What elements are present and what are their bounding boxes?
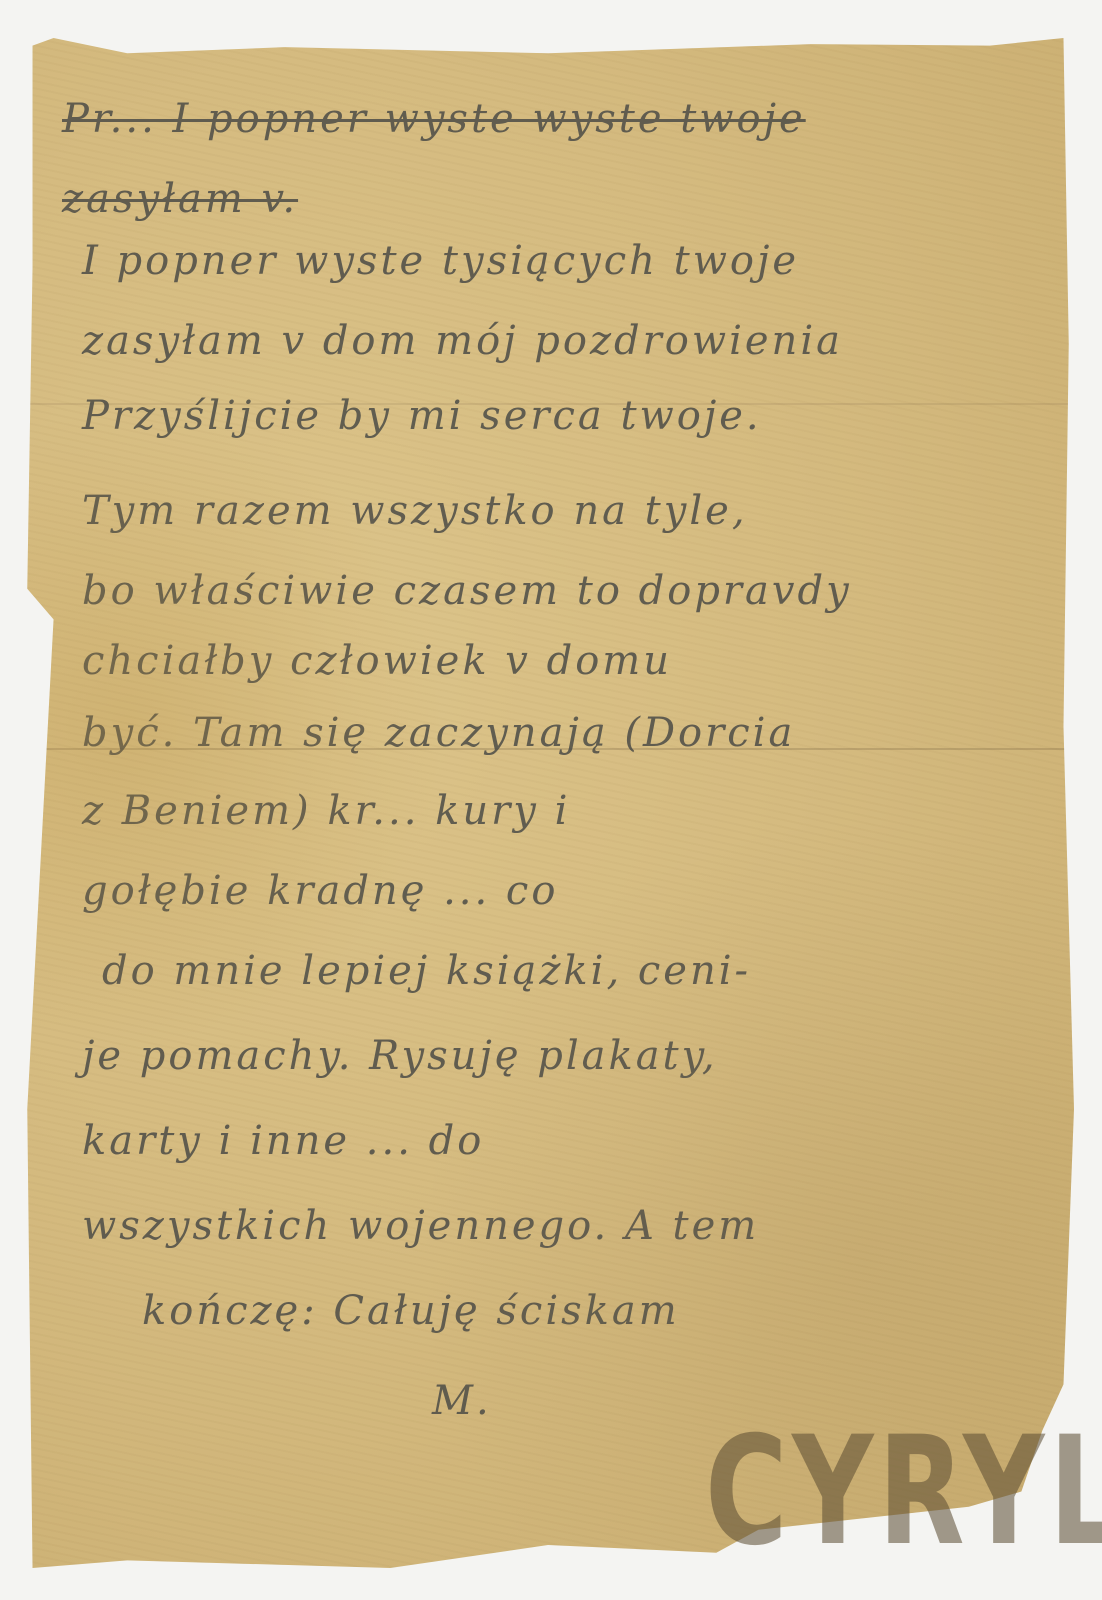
letter-line: je pomachy. Rysuję plakaty, bbox=[82, 1033, 718, 1079]
signature: M. bbox=[432, 1378, 492, 1424]
letter-line: Tym razem wszystko na tyle, bbox=[82, 488, 748, 534]
letter-line-struck: Pr... I popner wyste wyste twoje bbox=[62, 96, 806, 142]
letter-line: I popner wyste tysiących twoje bbox=[82, 238, 799, 284]
fold-crease bbox=[22, 403, 1074, 405]
letter-line: do mnie lepiej książki, ceni- bbox=[102, 948, 751, 994]
letter-line: chciałby człowiek v domu bbox=[82, 638, 672, 684]
letter-paper: Pr... I popner wyste wyste twoje zasyłam… bbox=[22, 38, 1074, 1568]
fold-crease bbox=[22, 748, 1074, 750]
letter-line: być. Tam się zaczynają (Dorcia bbox=[82, 710, 795, 756]
letter-line: Przyślijcie by mi serca twoje. bbox=[82, 393, 762, 439]
letter-line-struck: zasyłam v. bbox=[62, 176, 298, 222]
letter-line: karty i inne ... do bbox=[82, 1118, 484, 1164]
letter-line: gołębie kradnę ... co bbox=[82, 868, 558, 914]
letter-line: z Beniem) kr... kury i bbox=[82, 788, 570, 834]
cyryl-watermark-logo: CYRYL bbox=[705, 1405, 1102, 1579]
letter-line: kończę: Całuję ściskam bbox=[142, 1288, 680, 1334]
letter-line: bo właściwie czasem to dopravdy bbox=[82, 568, 852, 614]
letter-line: zasyłam v dom mój pozdrowienia bbox=[82, 318, 843, 364]
letter-line: wszystkich wojennego. A tem bbox=[82, 1203, 759, 1249]
